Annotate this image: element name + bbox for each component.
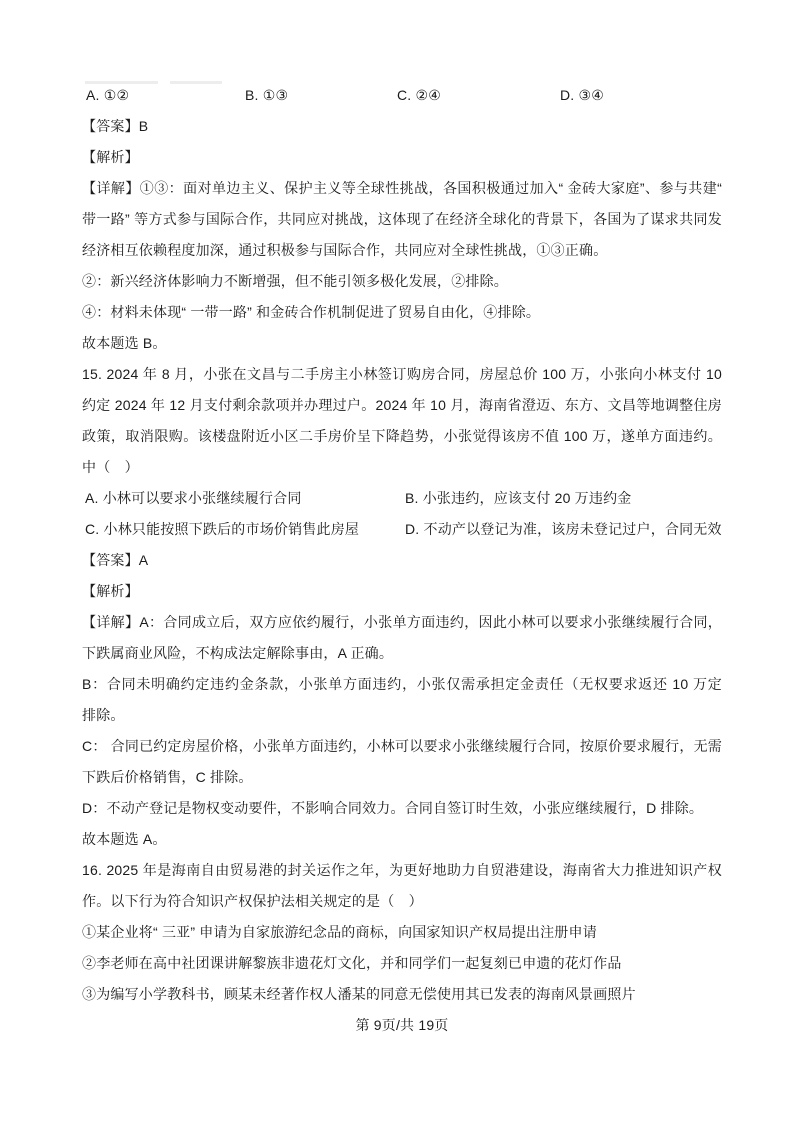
q16-item-line: ③为编写小学教科书，顾某未经著作权人潘某的同意无偿使用其已发表的海南风景画照片: [82, 979, 722, 1010]
q14-option-a: A. ①②: [86, 80, 245, 111]
q16-stem-line: 作。以下行为符合知识产权保护法相关规定的是（ ）: [82, 886, 722, 917]
q14-detail-line: ④：材料未体现“ 一带一路” 和金砖合作机制促进了贸易自由化，④排除。: [82, 297, 722, 328]
q14-option-d: D. ③④: [560, 80, 604, 111]
q14-conclusion-line: 故本题选 B。: [82, 328, 722, 359]
q15-detail-line: B：合同未明确约定违约金条款，小张单方面违约，小张仅需承担定金责任（无权要求返还…: [82, 669, 722, 700]
q15-stem-line: 政策，取消限购。该楼盘附近小区二手房价呈下降趋势，小张觉得该房不值 100 万，…: [82, 421, 722, 452]
q14-option-c: C. ②④: [397, 80, 560, 111]
q15-analysis-label: 【解析】: [82, 576, 722, 607]
q15-stem-line: 中（ ）: [82, 452, 722, 483]
q15-option-b: B. 小张违约，应该支付 20 万违约金: [405, 483, 631, 514]
q15-option-c: C. 小林只能按照下跌后的市场价销售此房屋: [85, 514, 405, 545]
q15-detail-line: D：不动产登记是物权变动要件，不影响合同效力。合同自签订时生效，小张应继续履行，…: [82, 793, 722, 824]
q14-option-b: B. ①③: [245, 80, 397, 111]
q15-detail-line: 排除。: [82, 700, 722, 731]
page-number-indicator: 第 9页/共 19页: [82, 1010, 722, 1041]
q15-detail-line: 【详解】A：合同成立后，双方应依约履行，小张单方面违约，因此小林可以要求小张继续…: [82, 607, 722, 638]
q16-item-line: ①某企业将“ 三亚” 申请为自家旅游纪念品的商标，向国家知识产权局提出注册申请: [82, 917, 722, 948]
q15-stem-line: 约定 2024 年 12 月支付剩余款项并办理过户。2024 年 10 月，海南…: [82, 390, 722, 421]
q15-detail-line: 下跌属商业风险，不构成法定解除事由，A 正确。: [82, 638, 722, 669]
q14-answer-line: 【答案】B: [82, 111, 722, 142]
q16-item-line: ②李老师在高中社团课讲解黎族非遗花灯文化，并和同学们一起复刻已申遗的花灯作品: [82, 948, 722, 979]
q14-analysis-label: 【解析】: [82, 142, 722, 173]
q15-conclusion-line: 故本题选 A。: [82, 824, 722, 855]
q14-detail-line: 带一路” 等方式参与国际合作，共同应对挑战，这体现了在经济全球化的背景下，各国为…: [82, 204, 722, 235]
q15-options-row-2: C. 小林只能按照下跌后的市场价销售此房屋D. 不动产以登记为准，该房未登记过户…: [82, 514, 722, 545]
q15-option-a: A. 小林可以要求小张继续履行合同: [85, 483, 405, 514]
q15-detail-line: 下跌后价格销售，C 排除。: [82, 762, 722, 793]
q16-stem-line: 16. 2025 年是海南自由贸易港的封关运作之年，为更好地助力自贸港建设，海南…: [82, 855, 722, 886]
q14-detail-line: ②：新兴经济体影响力不断增强，但不能引领多极化发展，②排除。: [82, 266, 722, 297]
document-page: A. ①②B. ①③C. ②④D. ③④ 【答案】B 【解析】 【详解】①③：面…: [0, 0, 800, 1132]
q15-answer-line: 【答案】A: [82, 545, 722, 576]
q14-detail-line: 【详解】①③：面对单边主义、保护主义等全球性挑战，各国积极通过加入“ 金砖大家庭…: [82, 173, 722, 204]
q15-option-d: D. 不动产以登记为准，该房未登记过户，合同无效: [405, 514, 722, 545]
q15-detail-line: C： 合同已约定房屋价格，小张单方面违约，小林可以要求小张继续履行合同，按原价要…: [82, 731, 722, 762]
page-content: A. ①②B. ①③C. ②④D. ③④ 【答案】B 【解析】 【详解】①③：面…: [82, 80, 722, 1041]
q14-detail-line: 经济相互依赖程度加深，通过积极参与国际合作，共同应对全球性挑战，①③正确。: [82, 235, 722, 266]
q15-stem-line: 15. 2024 年 8 月，小张在文昌与二手房主小林签订购房合同，房屋总价 1…: [82, 359, 722, 390]
q15-options-row-1: A. 小林可以要求小张继续履行合同B. 小张违约，应该支付 20 万违约金: [82, 483, 722, 514]
q14-options-row: A. ①②B. ①③C. ②④D. ③④: [82, 80, 722, 111]
